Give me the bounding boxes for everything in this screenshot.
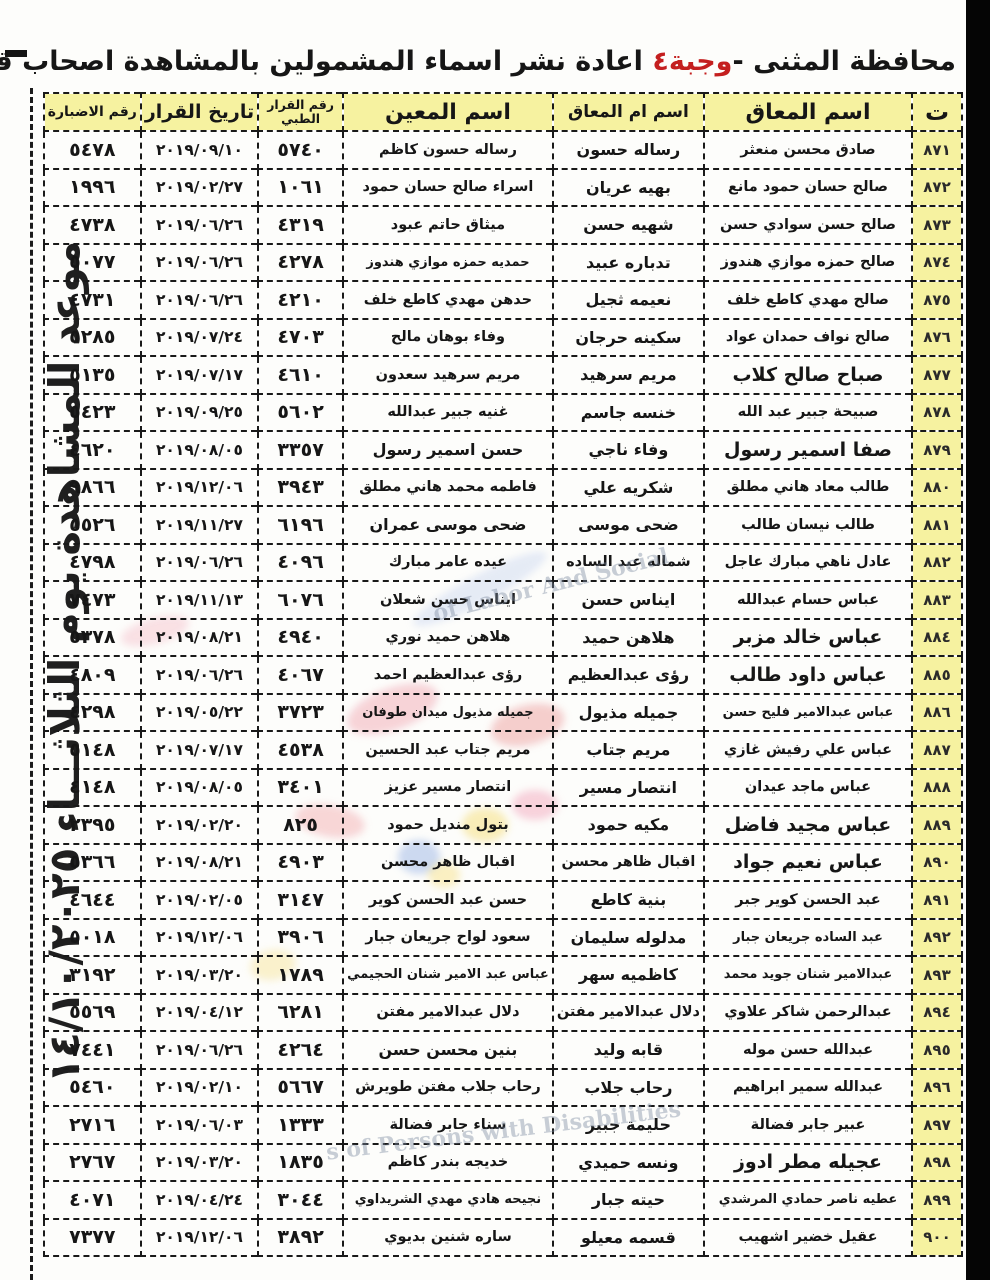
cell-1: صفا اسمير رسول <box>704 431 912 469</box>
cell-6: ٢٧١٦ <box>44 1106 141 1144</box>
table-row: ٨٨١طالب نيسان طالبضحى موسىضحى موسى عمران… <box>44 506 962 544</box>
cell-1: عباس ماجد عيدان <box>704 769 912 807</box>
cell-5: ٢٠١٩/٠٦/٠٣ <box>141 1106 258 1144</box>
cell-4: ٤٣١٩ <box>258 206 343 244</box>
title-subject: اعادة نشر اسماء المشمولين بالمشاهدة اصحا… <box>0 46 652 77</box>
cell-4: ٤٠٩٦ <box>258 544 343 582</box>
cell-6: ٥٢٨٥ <box>44 319 141 357</box>
cell-0: ٨٨١ <box>912 506 962 544</box>
cell-1: عبدالله حسن موله <box>704 1031 912 1069</box>
cell-3: حدهن مهدي كاطع خلف <box>343 281 553 319</box>
cell-6: ٤٨٠٩ <box>44 656 141 694</box>
cell-1: عبير جابر فضالة <box>704 1106 912 1144</box>
cell-1: عباس داود طالب <box>704 656 912 694</box>
left-dashed-border <box>30 88 33 1280</box>
cell-4: ٦١٩٦ <box>258 506 343 544</box>
cell-1: عبدالامير شنان جويد محمد <box>704 956 912 994</box>
cell-6: ٤٠٧١ <box>44 1181 141 1219</box>
cell-3: مريم سرهيد سعدون <box>343 356 553 394</box>
table-row: ٨٨٦عباس عبدالامير فليح حسنجميله مذيولجمي… <box>44 694 962 732</box>
cell-1: عقيل خضير اشهيب <box>704 1219 912 1257</box>
cell-3: حسن عبد الحسن كوير <box>343 881 553 919</box>
cell-3: ضحى موسى عمران <box>343 506 553 544</box>
cell-2: انتصار مسير <box>553 769 704 807</box>
cell-6: ٥٠١٨ <box>44 919 141 957</box>
cell-0: ٨٧٧ <box>912 356 962 394</box>
cell-3: رؤى عبدالعظيم احمد <box>343 656 553 694</box>
cell-5: ٢٠١٩/١١/٢٧ <box>141 506 258 544</box>
cell-2: حليمة جبير <box>553 1106 704 1144</box>
cell-5: ٢٠١٩/٠٥/٢٢ <box>141 694 258 732</box>
table-row: ٨٧٧صباح صالح كلابمريم سرهيدمريم سرهيد سع… <box>44 356 962 394</box>
cell-5: ٢٠١٩/١١/١٣ <box>141 581 258 619</box>
col-header-1: اسم المعاق <box>704 93 912 131</box>
cell-2: مدلوله سليمان <box>553 919 704 957</box>
title-batch: وجبة٤ <box>652 46 732 77</box>
cell-0: ٨٧٤ <box>912 244 962 282</box>
cell-4: ٣٧٢٣ <box>258 694 343 732</box>
table-row: ٩٠٠عقيل خضير اشهيبقسمه معيلوساره شنين بد… <box>44 1219 962 1257</box>
cell-3: مريم جتاب عبد الحسين <box>343 731 553 769</box>
cell-0: ٨٩٠ <box>912 844 962 882</box>
cell-5: ٢٠١٩/٠٦/٢٦ <box>141 244 258 282</box>
cell-5: ٢٠١٩/٠٣/٢٠ <box>141 1144 258 1182</box>
cell-4: ٤٧٠٣ <box>258 319 343 357</box>
cell-2: حيته جبار <box>553 1181 704 1219</box>
cell-4: ٣١٤٧ <box>258 881 343 919</box>
cell-1: صباح صالح كلاب <box>704 356 912 394</box>
cell-6: ١٩٩٦ <box>44 169 141 207</box>
cell-2: كاظميه سهر <box>553 956 704 994</box>
cell-6: ٥١٤٨ <box>44 731 141 769</box>
cell-0: ٨٨٢ <box>912 544 962 582</box>
cell-2: ايناس حسن <box>553 581 704 619</box>
cell-3: ايناس حسن شعلان <box>343 581 553 619</box>
cell-5: ٢٠١٩/٠٧/١٧ <box>141 731 258 769</box>
cell-0: ٨٧٩ <box>912 431 962 469</box>
cell-2: قسمه معيلو <box>553 1219 704 1257</box>
cell-2: سكينه حرجان <box>553 319 704 357</box>
cell-6: ٤٧٣٨ <box>44 206 141 244</box>
cell-1: عباس نعيم جواد <box>704 844 912 882</box>
cell-0: ٨٧٢ <box>912 169 962 207</box>
cell-5: ٢٠١٩/١٢/٠٦ <box>141 469 258 507</box>
cell-4: ٤٦١٠ <box>258 356 343 394</box>
col-header-5: تاريخ القرار <box>141 93 258 131</box>
table-row: ٨٨٣عباس حسام عبداللهايناس حسنايناس حسن ش… <box>44 581 962 619</box>
table-row: ٨٩٣عبدالامير شنان جويد محمدكاظميه سهرعبا… <box>44 956 962 994</box>
cell-3: هلاهن حميد نوري <box>343 619 553 657</box>
table-row: ٨٧٢صالح حسان حمود مانعبهيه عرياناسراء صا… <box>44 169 962 207</box>
cell-3: اسراء صالح حسان حمود <box>343 169 553 207</box>
cell-2: شكريه علي <box>553 469 704 507</box>
cell-1: صبيحة جبير عبد الله <box>704 394 912 432</box>
cell-2: مريم سرهيد <box>553 356 704 394</box>
cell-2: رساله حسون <box>553 131 704 169</box>
table-row: ٨٧٩صفا اسمير رسولوفاء ناجيحسن اسمير رسول… <box>44 431 962 469</box>
table-row: ٨٨٩عباس مجيد فاضلمكيه حمودبتول منديل حمو… <box>44 806 962 844</box>
table-row: ٨٧٣صالح حسن سوادي حسنشهيه حسنميثاق حاتم … <box>44 206 962 244</box>
cell-0: ٨٨٤ <box>912 619 962 657</box>
cell-2: ونسه حميدي <box>553 1144 704 1182</box>
cell-0: ٨٩٦ <box>912 1069 962 1107</box>
col-header-6: رقم الاضبارة <box>44 93 141 131</box>
cell-4: ١٠٦١ <box>258 169 343 207</box>
cell-0: ٩٠٠ <box>912 1219 962 1257</box>
cell-2: وفاء ناجي <box>553 431 704 469</box>
cell-3: اقبال ظاهر محسن <box>343 844 553 882</box>
cell-6: ٣١٩٢ <box>44 956 141 994</box>
table-row: ٨٧٦صالح نواف حمدان عوادسكينه حرجانوفاء ب… <box>44 319 962 357</box>
cell-4: ١٨٣٥ <box>258 1144 343 1182</box>
cell-3: حسن اسمير رسول <box>343 431 553 469</box>
cell-2: مكيه حمود <box>553 806 704 844</box>
cell-1: عبد الساده جريعان جبار <box>704 919 912 957</box>
cell-6: ٧٤٧٣ <box>44 581 141 619</box>
cell-3: غنيه جبير عبدالله <box>343 394 553 432</box>
page-title: محافظة المثنى -وجبة٤ اعادة نشر اسماء الم… <box>40 46 956 77</box>
cell-4: ٣٨٩٢ <box>258 1219 343 1257</box>
col-header-0: ت <box>912 93 962 131</box>
cell-1: عادل ناهي مبارك عاجل <box>704 544 912 582</box>
cell-3: سناء جابر فضالة <box>343 1106 553 1144</box>
cell-2: شماله عبد الساده <box>553 544 704 582</box>
cell-3: فاطمه محمد هاني مطلق <box>343 469 553 507</box>
cell-1: عباس عبدالامير فليح حسن <box>704 694 912 732</box>
cell-3: سعود لواح جريعان جبار <box>343 919 553 957</box>
cell-0: ٨٨٣ <box>912 581 962 619</box>
cell-3: خديجه بندر كاظم <box>343 1144 553 1182</box>
table-row: ٨٨٤عباس خالد مزبرهلاهن حميدهلاهن حميد نو… <box>44 619 962 657</box>
cell-4: ٤٢٧٨ <box>258 244 343 282</box>
table-row: ٨٧٥صالح مهدي كاطع خلفنعيمه ثجيلحدهن مهدي… <box>44 281 962 319</box>
beneficiaries-table: تاسم المعاقاسم ام المعاقاسم المعينرقم ال… <box>43 92 963 1257</box>
cell-6: ٥٤٢٣ <box>44 394 141 432</box>
cell-6: ٤٧٩٨ <box>44 544 141 582</box>
col-header-3: اسم المعين <box>343 93 553 131</box>
cell-3: جميله مذيول ميدان طوفان <box>343 694 553 732</box>
table-row: ٨٩٢عبد الساده جريعان جبارمدلوله سليمانسع… <box>44 919 962 957</box>
cell-6: ٢٧٦٧ <box>44 1144 141 1182</box>
cell-0: ٨٩١ <box>912 881 962 919</box>
cell-3: وفاء بوهان مالح <box>343 319 553 357</box>
cell-0: ٨٩٢ <box>912 919 962 957</box>
cell-1: عباس مجيد فاضل <box>704 806 912 844</box>
cell-2: بهيه عريان <box>553 169 704 207</box>
table-row: ٨٧٨صبيحة جبير عبد اللهخنسه جاسمغنيه جبير… <box>44 394 962 432</box>
cell-3: بنين محسن حسن <box>343 1031 553 1069</box>
cell-1: عباس حسام عبدالله <box>704 581 912 619</box>
cell-5: ٢٠١٩/٠٦/٢٦ <box>141 206 258 244</box>
cell-0: ٨٩٤ <box>912 994 962 1032</box>
cell-6: ٥٣٦٦ <box>44 844 141 882</box>
cell-0: ٨٧٨ <box>912 394 962 432</box>
cell-2: نعيمه ثجيل <box>553 281 704 319</box>
cell-0: ٨٧٥ <box>912 281 962 319</box>
cell-6: ٥١٣٥ <box>44 356 141 394</box>
cell-1: عطيه ناصر حمادي المرشدي <box>704 1181 912 1219</box>
title-governorate: محافظة المثنى - <box>732 46 956 77</box>
cell-5: ٢٠١٩/٠٨/٠٥ <box>141 431 258 469</box>
cell-3: نجيحه هادي مهدي الشريداوي <box>343 1181 553 1219</box>
cell-6: ٤٦٤٤ <box>44 881 141 919</box>
table-row: ٨٩٦عبدالله سمير ابراهيمرحاب جلابرحاب جلا… <box>44 1069 962 1107</box>
cell-5: ٢٠١٩/١٢/٠٦ <box>141 1219 258 1257</box>
cell-1: صالح حسان حمود مانع <box>704 169 912 207</box>
cell-5: ٢٠١٩/٠٢/٠٥ <box>141 881 258 919</box>
cell-0: ٨٩٧ <box>912 1106 962 1144</box>
header-row: تاسم المعاقاسم ام المعاقاسم المعينرقم ال… <box>44 93 962 131</box>
cell-4: ١٣٣٣ <box>258 1106 343 1144</box>
cell-4: ٣٣٥٧ <box>258 431 343 469</box>
scan-black-edge <box>966 0 990 1280</box>
cell-2: جميله مذيول <box>553 694 704 732</box>
table-row: ٨٨٧عباس علي رفيش غازيمريم جتابمريم جتاب … <box>44 731 962 769</box>
cell-1: صالح حسن سوادي حسن <box>704 206 912 244</box>
cell-6: ٥٠٧٧ <box>44 244 141 282</box>
table-row: ٨٩٩عطيه ناصر حمادي المرشديحيته جبارنجيحه… <box>44 1181 962 1219</box>
cell-6: ٤٦٢٠ <box>44 431 141 469</box>
cell-5: ٢٠١٩/٠٧/٢٤ <box>141 319 258 357</box>
cell-0: ٨٩٥ <box>912 1031 962 1069</box>
cell-6: ٧٤٤١ <box>44 1031 141 1069</box>
cell-6: ٤٢٩٨ <box>44 694 141 732</box>
cell-4: ١٧٨٩ <box>258 956 343 994</box>
cell-4: ٤٥٣٨ <box>258 731 343 769</box>
cell-1: عبدالرحمن شاكر علاوي <box>704 994 912 1032</box>
cell-5: ٢٠١٩/٠٤/١٢ <box>141 994 258 1032</box>
cell-5: ٢٠١٩/٠٦/٢٦ <box>141 656 258 694</box>
cell-0: ٨٩٨ <box>912 1144 962 1182</box>
cell-5: ٢٠١٩/٠٣/٢٠ <box>141 956 258 994</box>
cell-5: ٢٠١٩/٠٦/٢٦ <box>141 1031 258 1069</box>
cell-2: رؤى عبدالعظيم <box>553 656 704 694</box>
cell-4: ٣٩٤٣ <box>258 469 343 507</box>
col-header-4: رقم القرار الطبي <box>258 93 343 131</box>
cell-1: صالح نواف حمدان عواد <box>704 319 912 357</box>
cell-4: ٣٩٠٦ <box>258 919 343 957</box>
cell-5: ٢٠١٩/٠٤/٢٤ <box>141 1181 258 1219</box>
scanned-document: { "title": { "part1": "محافظة المثنى -",… <box>0 0 990 1280</box>
cell-4: ٤٩٤٠ <box>258 619 343 657</box>
table-row: ٨٩٤عبدالرحمن شاكر علاويدلال عبدالامير مف… <box>44 994 962 1032</box>
cell-2: هلاهن حميد <box>553 619 704 657</box>
table-row: ٨٧١صادق محسن منعثررساله حسونرساله حسون ك… <box>44 131 962 169</box>
cell-6: ٩٨٦٦ <box>44 469 141 507</box>
cell-5: ٢٠١٩/٠٢/٢٠ <box>141 806 258 844</box>
cell-4: ٤٢٦٤ <box>258 1031 343 1069</box>
cell-1: عبد الحسن كوير جبر <box>704 881 912 919</box>
cell-5: ٢٠١٩/٠٩/٢٥ <box>141 394 258 432</box>
cell-4: ٥٦٠٢ <box>258 394 343 432</box>
cell-2: مريم جتاب <box>553 731 704 769</box>
cell-2: دلال عبدالامير مفتن <box>553 994 704 1032</box>
cell-5: ٢٠١٩/٠٨/٢١ <box>141 844 258 882</box>
cell-2: قابه وليد <box>553 1031 704 1069</box>
table-row: ٨٨٠طالب معاد هاني مطلقشكريه عليفاطمه محم… <box>44 469 962 507</box>
table-row: ٨٩٠عباس نعيم جواداقبال ظاهر محسناقبال ظا… <box>44 844 962 882</box>
cell-2: خنسه جاسم <box>553 394 704 432</box>
cell-3: عيده عامر مبارك <box>343 544 553 582</box>
cell-5: ٢٠١٩/٠٦/٢٦ <box>141 544 258 582</box>
cell-0: ٨٧٦ <box>912 319 962 357</box>
cell-3: انتصار مسير عزيز <box>343 769 553 807</box>
cell-2: شهيه حسن <box>553 206 704 244</box>
cell-0: ٨٨٩ <box>912 806 962 844</box>
cell-5: ٢٠١٩/٠٢/٢٧ <box>141 169 258 207</box>
cell-1: طالب معاد هاني مطلق <box>704 469 912 507</box>
cell-3: دلال عبدالامير مفتن <box>343 994 553 1032</box>
cell-5: ٢٠١٩/٠٧/١٧ <box>141 356 258 394</box>
cell-4: ٦٢٨١ <box>258 994 343 1032</box>
cell-0: ٨٨٧ <box>912 731 962 769</box>
cell-0: ٨٨٥ <box>912 656 962 694</box>
cell-6: ٤١٤٨ <box>44 769 141 807</box>
cell-3: رحاب جلاب مفتن طويرش <box>343 1069 553 1107</box>
cell-0: ٨٩٩ <box>912 1181 962 1219</box>
cell-5: ٢٠١٩/٠٨/٢١ <box>141 619 258 657</box>
cell-0: ٨٨٦ <box>912 694 962 732</box>
cell-6: ٢٣٩٥ <box>44 806 141 844</box>
table-row: ٨٩١عبد الحسن كوير جبربنية كاطعحسن عبد ال… <box>44 881 962 919</box>
cell-3: رساله حسون كاظم <box>343 131 553 169</box>
cell-5: ٢٠١٩/٠٢/١٠ <box>141 1069 258 1107</box>
cell-6: ٥٥٢٦ <box>44 506 141 544</box>
cell-4: ٣٤٠١ <box>258 769 343 807</box>
cell-3: حمديه حمزه موازي هندوز <box>343 244 553 282</box>
table-header: تاسم المعاقاسم ام المعاقاسم المعينرقم ال… <box>44 93 962 131</box>
table-row: ٨٨٢عادل ناهي مبارك عاجلشماله عبد السادهع… <box>44 544 962 582</box>
cell-1: عبدالله سمير ابراهيم <box>704 1069 912 1107</box>
cell-2: رحاب جلاب <box>553 1069 704 1107</box>
cell-4: ٤٢١٠ <box>258 281 343 319</box>
cell-6: ٥٤٦٠ <box>44 1069 141 1107</box>
cell-5: ٢٠١٩/٠٦/٢٦ <box>141 281 258 319</box>
cell-6: ٥٣٧٨ <box>44 619 141 657</box>
table-row: ٨٧٤صالح حمزه موازي هندوزتدباره عبيدحمديه… <box>44 244 962 282</box>
cell-1: عباس خالد مزبر <box>704 619 912 657</box>
cell-5: ٢٠١٩/١٢/٠٦ <box>141 919 258 957</box>
cell-4: ٦٠٧٦ <box>258 581 343 619</box>
cell-0: ٨٨٨ <box>912 769 962 807</box>
table-row: ٨٩٨عجيله مطر ادوزونسه حميديخديجه بندر كا… <box>44 1144 962 1182</box>
cell-4: ٨٢٥ <box>258 806 343 844</box>
cell-6: ٧٣٧٧ <box>44 1219 141 1257</box>
cell-2: تدباره عبيد <box>553 244 704 282</box>
table-body: ٨٧١صادق محسن منعثررساله حسونرساله حسون ك… <box>44 131 962 1256</box>
cell-4: ٥٦٦٧ <box>258 1069 343 1107</box>
cell-0: ٨٩٣ <box>912 956 962 994</box>
cell-4: ٥٧٤٠ <box>258 131 343 169</box>
cell-3: ميثاق حاتم عبود <box>343 206 553 244</box>
table-row: ٨٩٧عبير جابر فضالةحليمة جبيرسناء جابر فض… <box>44 1106 962 1144</box>
cell-2: بنية كاطع <box>553 881 704 919</box>
cell-1: عجيله مطر ادوز <box>704 1144 912 1182</box>
table-row: ٨٩٥عبدالله حسن مولهقابه وليدبنين محسن حس… <box>44 1031 962 1069</box>
table-row: ٨٨٨عباس ماجد عيدانانتصار مسيرانتصار مسير… <box>44 769 962 807</box>
cell-6: ٤٧٣١ <box>44 281 141 319</box>
cell-0: ٨٧١ <box>912 131 962 169</box>
cell-4: ٤٠٦٧ <box>258 656 343 694</box>
cell-5: ٢٠١٩/٠٨/٠٥ <box>141 769 258 807</box>
cell-1: طالب نيسان طالب <box>704 506 912 544</box>
cell-1: عباس علي رفيش غازي <box>704 731 912 769</box>
cell-0: ٨٧٣ <box>912 206 962 244</box>
cell-3: بتول منديل حمود <box>343 806 553 844</box>
cell-2: اقبال ظاهر محسن <box>553 844 704 882</box>
col-header-2: اسم ام المعاق <box>553 93 704 131</box>
cell-5: ٢٠١٩/٠٩/١٠ <box>141 131 258 169</box>
cell-6: ٥٤٧٨ <box>44 131 141 169</box>
cell-1: صادق محسن منعثر <box>704 131 912 169</box>
table-row: ٨٨٥عباس داود طالبرؤى عبدالعظيمرؤى عبدالع… <box>44 656 962 694</box>
cell-1: صالح مهدي كاطع خلف <box>704 281 912 319</box>
cell-4: ٣٠٤٤ <box>258 1181 343 1219</box>
cell-3: ساره شنين بديوي <box>343 1219 553 1257</box>
cell-1: صالح حمزه موازي هندوز <box>704 244 912 282</box>
cell-3: عباس عبد الامير شنان الحجيمي <box>343 956 553 994</box>
cell-2: ضحى موسى <box>553 506 704 544</box>
cell-0: ٨٨٠ <box>912 469 962 507</box>
cell-6: ٥٥٦٩ <box>44 994 141 1032</box>
cell-4: ٤٩٠٣ <box>258 844 343 882</box>
